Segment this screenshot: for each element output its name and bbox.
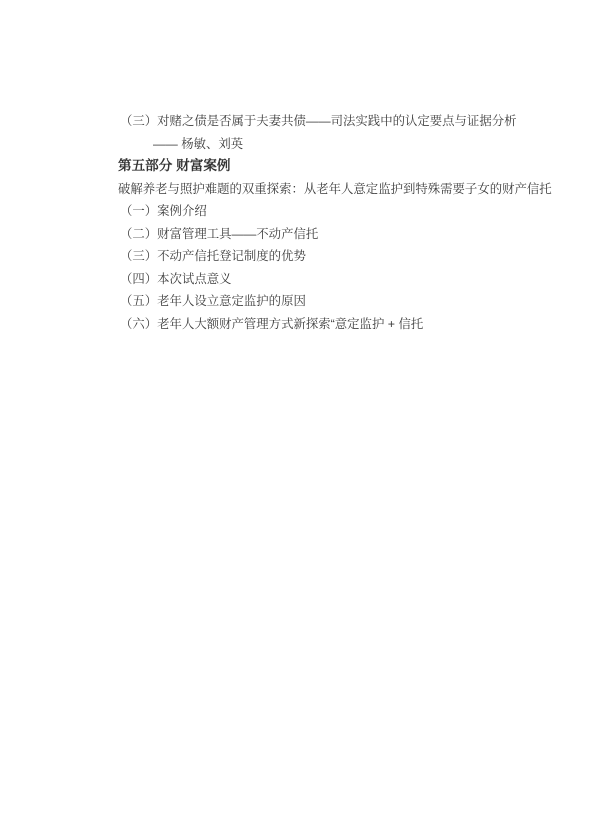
toc-item: （二）财富管理工具——不动产信托 [120,223,600,246]
section-heading: 第五部分 财富案例 [118,155,600,178]
section-subtitle: 破解养老与照护难题的双重探索：从老年人意定监护到特殊需要子女的财产信托 [118,178,600,201]
document-text-block: （三）对赌之债是否属于夫妻共债——司法实践中的认定要点与证据分析 —— 杨敏、刘… [0,110,600,335]
toc-item: （四）本次试点意义 [120,268,600,291]
toc-item: （五）老年人设立意定监护的原因 [120,290,600,313]
document-page: （三）对赌之债是否属于夫妻共债——司法实践中的认定要点与证据分析 —— 杨敏、刘… [0,0,600,814]
toc-item: （三）对赌之债是否属于夫妻共债——司法实践中的认定要点与证据分析 [120,110,600,133]
toc-item: （三）不动产信托登记制度的优势 [120,245,600,268]
toc-item: （一）案例介绍 [120,200,600,223]
toc-item: （六）老年人大额财产管理方式新探索“意定监护 + 信托 [120,313,600,336]
author-line: —— 杨敏、刘英 [153,133,600,156]
